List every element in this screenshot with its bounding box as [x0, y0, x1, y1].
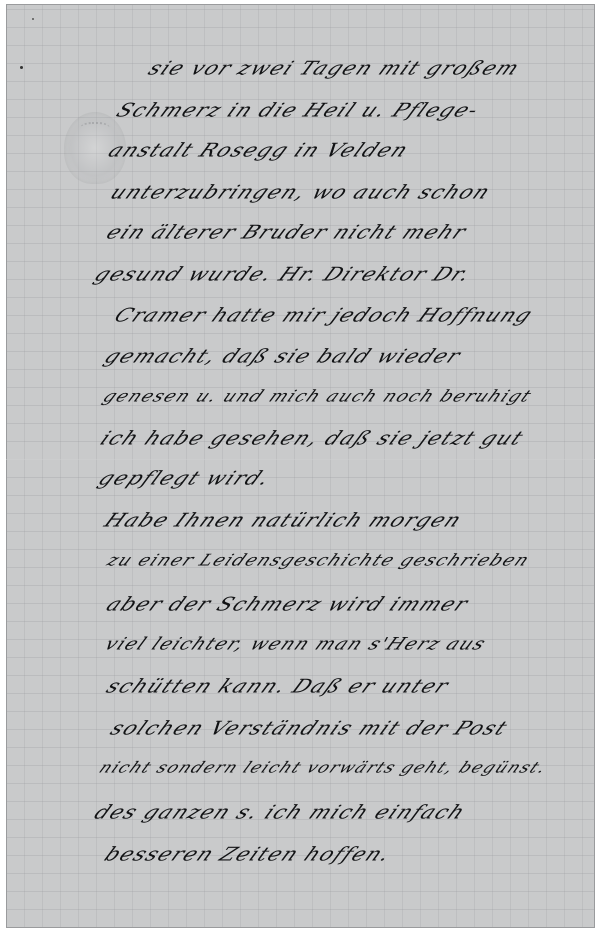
text-line: ein älterer Bruder nicht mehr [103, 223, 470, 242]
text-line: viel leichter, wenn man s'Herz aus [101, 636, 489, 653]
text-line: unterzubringen, wo auch schon [107, 183, 494, 202]
text-line: genesen u. und mich auch noch beruhigt [100, 389, 535, 405]
text-line: solchen Verständnis mit der Post [107, 719, 511, 738]
text-line: Schmerz in die Heil u. Pflege- [113, 101, 483, 120]
text-line: besseren Zeiten hoffen. [101, 845, 395, 864]
text-line: zu einer Leidensgeschichte geschrieben [104, 553, 533, 569]
handwritten-text: sie vor zwei Tagen mit großem Schmerz in… [6, 4, 595, 928]
text-line: anstalt Rosegg in Velden [105, 141, 412, 160]
text-line: schütten kann. Daß er unter [103, 677, 453, 696]
text-line: gepflegt wird. [95, 469, 274, 488]
text-line: gemacht, daß sie bald wieder [101, 347, 465, 366]
text-line: sie vor zwei Tagen mit großem [145, 59, 524, 78]
text-line: nicht sondern leicht vorwärts geht, begü… [96, 761, 550, 776]
text-line: gesund wurde. Hr. Direktor Dr. [91, 265, 475, 284]
letter-page: sie vor zwei Tagen mit großem Schmerz in… [6, 4, 595, 928]
text-line: Habe Ihnen natürlich morgen [101, 511, 466, 530]
text-line: aber der Schmerz wird immer [103, 595, 472, 614]
text-line: des ganzen s. ich mich einfach [91, 803, 469, 822]
text-line: Cramer hatte mir jedoch Hoffnung [111, 306, 536, 325]
text-line: ich habe gesehen, daß sie jetzt gut [97, 429, 527, 448]
